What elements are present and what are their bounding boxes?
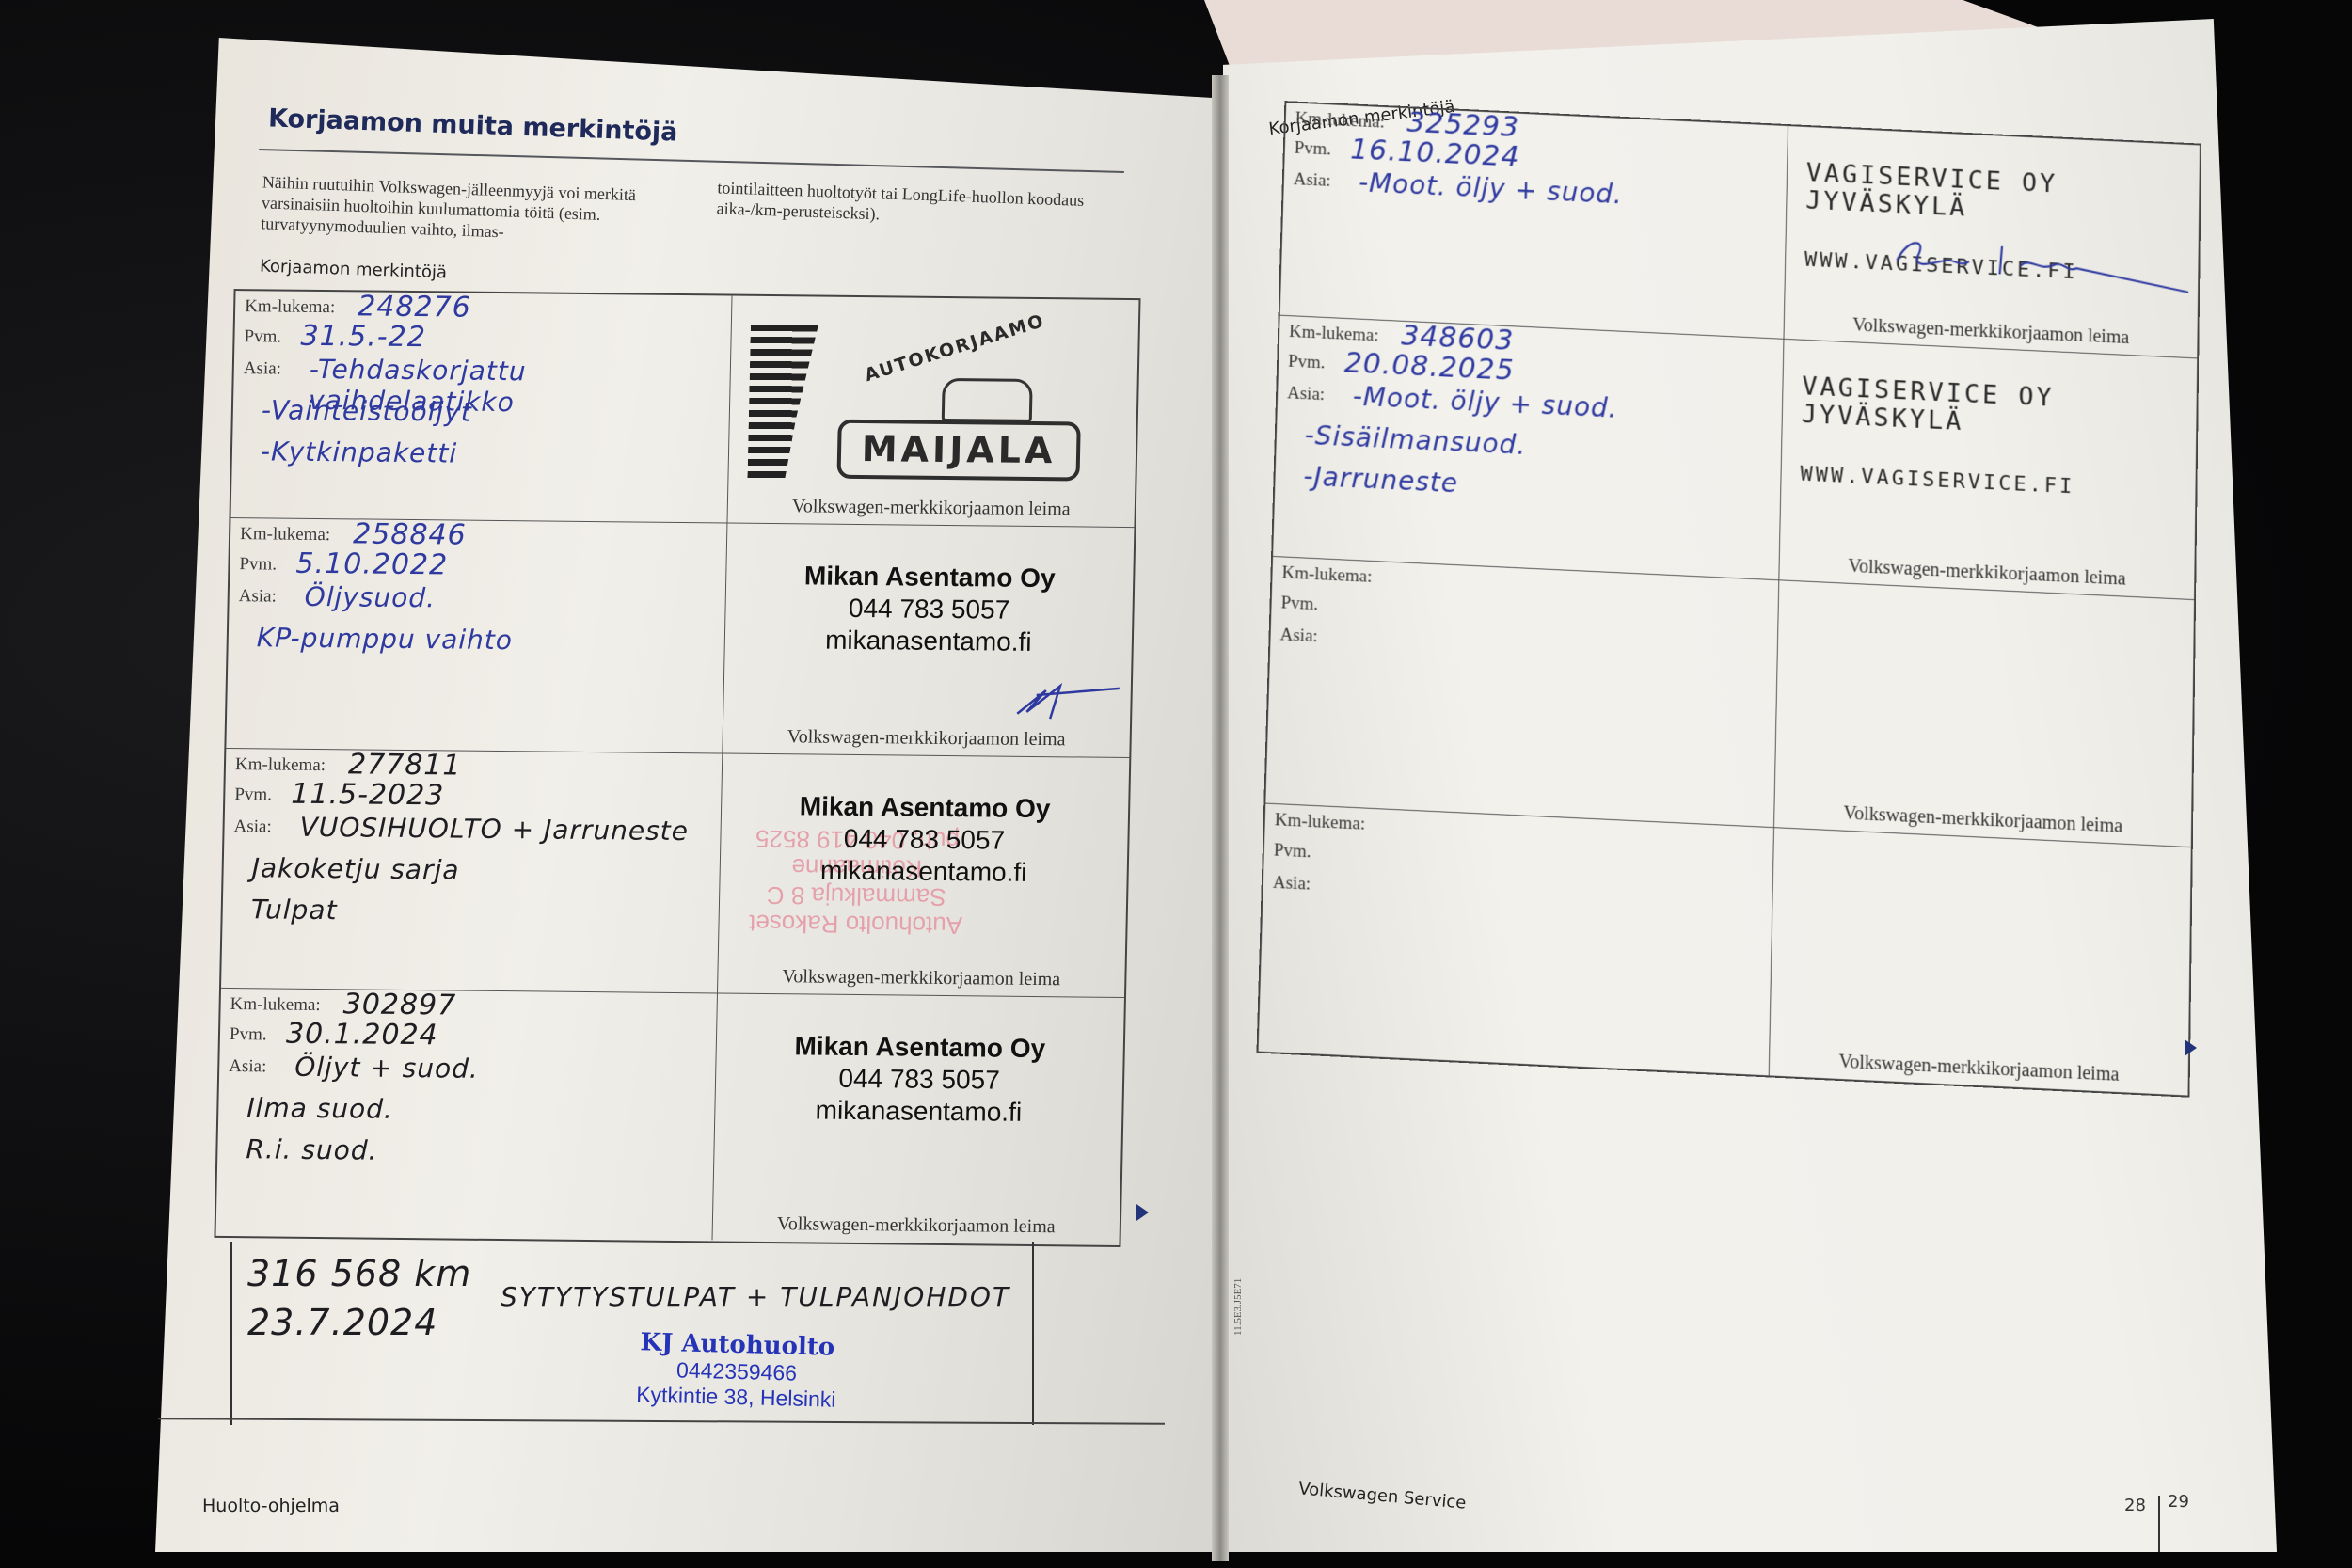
date-field: Pvm.31.5.-22 bbox=[244, 326, 281, 347]
subject-line: Tulpat bbox=[250, 894, 337, 926]
stamp-cell: Autohuolto RakosetSammalkuja 8 CKotimaan… bbox=[718, 754, 1129, 998]
km-label: Km-lukema: bbox=[240, 524, 330, 546]
mikan-asentamo-stamp: Mikan Asentamo Oy044 783 5057mikanasenta… bbox=[725, 560, 1134, 660]
date-field: Pvm.16.10.2024 bbox=[1294, 138, 1331, 160]
subject-field: Asia: bbox=[244, 358, 282, 379]
stamp-website: mikanasentamo.fi bbox=[720, 853, 1127, 890]
km-field: Km-lukema: bbox=[1281, 562, 1373, 587]
page-number-right: 29 bbox=[2168, 1492, 2189, 1512]
stamp-caption: Volkswagen-merkkikorjaamon leima bbox=[723, 726, 1129, 752]
km-field: Km-lukema:258846 bbox=[240, 524, 330, 546]
kj-stamp-address: Kytkintie 38, Helsinki bbox=[636, 1382, 836, 1413]
date-field: Pvm. bbox=[1280, 593, 1318, 615]
page-number-divider bbox=[2158, 1496, 2160, 1552]
stamp-cell: Mikan Asentamo Oy044 783 5057mikanasenta… bbox=[712, 993, 1123, 1243]
entry-details-cell: Km-lukema:325293Pvm.16.10.2024Asia:-Moot… bbox=[1280, 103, 1788, 340]
kj-stamp-name: KJ Autohuolto bbox=[637, 1328, 837, 1362]
km-field: Km-lukema:325293 bbox=[1295, 109, 1385, 134]
date-field: Pvm.5.10.2022 bbox=[239, 554, 277, 575]
stamp-cell: AUTOKORJAAMOMAIJALAVolkswagen-merkkikorj… bbox=[727, 296, 1138, 528]
subject-label: Asia: bbox=[239, 586, 278, 607]
subject-line: -Moot. öljy + suod. bbox=[1352, 381, 1618, 424]
stamp-cell: VAGISERVICE OYJYVÄSKYLÄWWW.VAGISERVICE.F… bbox=[1779, 340, 2197, 600]
subject-line: Öljyt + suod. bbox=[294, 1052, 479, 1085]
subject-field: Asia: bbox=[1287, 383, 1326, 405]
date-field: Pvm.20.08.2025 bbox=[1288, 352, 1326, 374]
continue-arrow-icon bbox=[1136, 1204, 1149, 1221]
faded-stamp-line: Autohuolto Rakoset bbox=[738, 910, 974, 941]
stamp-phone: 044 783 5057 bbox=[725, 592, 1133, 628]
service-entries-left: Km-lukema:248276Pvm.31.5.-22Asia:-Tehdas… bbox=[214, 289, 1140, 1247]
stamp-cell: VAGISERVICE OYJYVÄSKYLÄWWW.VAGISERVICE.F… bbox=[1784, 126, 2200, 358]
subject-line: Ilma suod. bbox=[246, 1092, 393, 1125]
subject-line: VUOSIHUOLTO + Jarruneste bbox=[299, 812, 689, 847]
subject-line: Jakoketju sarja bbox=[251, 852, 459, 885]
stamp-bars bbox=[747, 325, 818, 481]
entry-details-cell: Km-lukema:258846Pvm.5.10.2022Asia:Öljysu… bbox=[226, 518, 727, 753]
stamp-website: mikanasentamo.fi bbox=[725, 624, 1133, 660]
km-label: Km-lukema: bbox=[1289, 322, 1379, 346]
date-label: Pvm. bbox=[1288, 352, 1326, 374]
extra-entry-box: 316 568 km 23.7.2024 SYTYTYSTULPAT + TUL… bbox=[230, 1242, 1034, 1425]
subject-label: Asia: bbox=[1273, 873, 1311, 895]
subject-line: -Kytkinpaketti bbox=[261, 436, 458, 468]
stamp-website: mikanasentamo.fi bbox=[715, 1093, 1122, 1130]
signature bbox=[1889, 231, 2199, 307]
date-label: Pvm. bbox=[230, 1024, 267, 1045]
date-value: 31.5.-22 bbox=[300, 320, 426, 354]
km-label: Km-lukema: bbox=[245, 296, 335, 318]
subject-label: Asia: bbox=[1287, 383, 1326, 405]
km-field: Km-lukema:277811 bbox=[235, 754, 326, 776]
subject-field: Asia: bbox=[1273, 873, 1311, 895]
entry-details-cell: Km-lukema:277811Pvm.11.5-2023Asia:VUOSIH… bbox=[221, 749, 723, 993]
km-field: Km-lukema:348603 bbox=[1289, 322, 1379, 346]
maijala-stamp: AUTOKORJAAMOMAIJALA bbox=[747, 325, 1099, 488]
km-label: Km-lukema: bbox=[230, 994, 320, 1016]
entry-details-cell: Km-lukema:Pvm.Asia: bbox=[1265, 557, 1779, 828]
km-field: Km-lukema: bbox=[1275, 810, 1366, 835]
continue-arrow-icon bbox=[2185, 1039, 2197, 1056]
mikan-asentamo-stamp: Mikan Asentamo Oy044 783 5057mikanasenta… bbox=[720, 789, 1128, 890]
subject-label: Asia: bbox=[229, 1056, 267, 1077]
page-number-left: 28 bbox=[2124, 1496, 2146, 1515]
subject-line: -Jarruneste bbox=[1303, 461, 1458, 499]
mikan-asentamo-stamp: Mikan Asentamo Oy044 783 5057mikanasenta… bbox=[715, 1029, 1123, 1130]
subject-field: Asia: bbox=[1279, 625, 1318, 647]
date-label: Pvm. bbox=[244, 326, 281, 347]
service-entries-right: Km-lukema:325293Pvm.16.10.2024Asia:-Moot… bbox=[1256, 101, 2201, 1098]
subject-line: KP-pumppu vaihto bbox=[256, 622, 513, 656]
date-label: Pvm. bbox=[1280, 593, 1318, 615]
kj-autohuolto-stamp: KJ Autohuolto 0442359466 Kytkintie 38, H… bbox=[636, 1328, 837, 1413]
print-code: 11.5E3.J5E71 bbox=[1232, 1278, 1244, 1336]
km-label: Km-lukema: bbox=[1275, 810, 1366, 835]
stamp-name: Mikan Asentamo Oy bbox=[722, 789, 1129, 826]
km-label: Km-lukema: bbox=[1281, 562, 1373, 587]
date-label: Pvm. bbox=[1294, 138, 1331, 160]
date-label: Pvm. bbox=[1274, 840, 1311, 863]
date-label: Pvm. bbox=[234, 784, 272, 805]
date-field: Pvm.30.1.2024 bbox=[230, 1024, 267, 1045]
stamp-caption: Volkswagen-merkkikorjaamon leima bbox=[713, 1212, 1120, 1239]
stamp-cell: Mikan Asentamo Oy044 783 5057mikanasenta… bbox=[723, 524, 1134, 758]
subject-line: -Moot. öljy + suod. bbox=[1359, 167, 1623, 211]
km-field: Km-lukema:302897 bbox=[230, 994, 320, 1016]
extra-entry-date: 23.7.2024 bbox=[247, 1302, 437, 1343]
subject-line: -Sisäilmansuod. bbox=[1304, 420, 1526, 461]
date-value: 30.1.2024 bbox=[286, 1018, 438, 1053]
extra-entry-km: 316 568 km bbox=[247, 1253, 471, 1294]
subject-label: Asia: bbox=[1294, 169, 1331, 192]
km-label: Km-lukema: bbox=[1295, 109, 1385, 134]
vagiservice-stamp: VAGISERVICE OYJYVÄSKYLÄWWW.VAGISERVICE.F… bbox=[1800, 372, 2076, 501]
subject-label: Asia: bbox=[244, 358, 282, 379]
km-value: 248276 bbox=[358, 290, 471, 324]
km-field: Km-lukema:248276 bbox=[245, 296, 335, 318]
footer-left-title: Huolto-ohjelma bbox=[202, 1496, 340, 1516]
stamp-arc-text: AUTOKORJAAMO bbox=[862, 310, 1047, 386]
entry-details-cell: Km-lukema:348603Pvm.20.08.2025Asia:-Moot… bbox=[1273, 316, 1784, 581]
entry-details-cell: Km-lukema:302897Pvm.30.1.2024Asia:Öljyt … bbox=[216, 989, 718, 1240]
extra-entry-work: SYTYTYSTULPAT + TULPANJOHDOT bbox=[501, 1281, 1010, 1312]
subject-line: R.i. suod. bbox=[246, 1133, 378, 1165]
km-value: 302897 bbox=[342, 988, 456, 1022]
stamp-name: MAIJALA bbox=[836, 420, 1080, 482]
date-value: 11.5-2023 bbox=[291, 778, 445, 813]
stamp-website: WWW.VAGISERVICE.FI bbox=[1800, 461, 2074, 502]
subject-label: Asia: bbox=[233, 816, 272, 837]
signature bbox=[1008, 676, 1121, 729]
book-spine bbox=[1212, 75, 1229, 1561]
subject-field: Asia: bbox=[233, 816, 272, 837]
subject-field: Asia: bbox=[239, 586, 278, 607]
subject-field: Asia: bbox=[229, 1056, 267, 1077]
date-label: Pvm. bbox=[239, 554, 277, 575]
stamp-caption: Volkswagen-merkkikorjaamon leima bbox=[728, 496, 1135, 522]
stamp-caption: Volkswagen-merkkikorjaamon leima bbox=[718, 965, 1124, 991]
stamp-name: Mikan Asentamo Oy bbox=[726, 560, 1134, 596]
date-field: Pvm. bbox=[1274, 840, 1311, 863]
stamp-phone: 044 783 5057 bbox=[721, 821, 1128, 858]
date-value: 5.10.2022 bbox=[295, 547, 448, 582]
km-value: 277811 bbox=[348, 748, 462, 782]
km-label: Km-lukema: bbox=[235, 754, 326, 776]
date-field: Pvm.11.5-2023 bbox=[234, 784, 272, 805]
entry-details-cell: Km-lukema:248276Pvm.31.5.-22Asia:-Tehdas… bbox=[230, 291, 732, 523]
stamp-cell: Volkswagen-merkkikorjaamon leima bbox=[1770, 828, 2191, 1095]
stamp-phone: 044 783 5057 bbox=[716, 1061, 1123, 1098]
car-icon bbox=[942, 378, 1033, 422]
subject-line: Öljysuod. bbox=[304, 581, 436, 613]
entry-details-cell: Km-lukema:Pvm.Asia: bbox=[1259, 804, 1774, 1076]
stamp-name: Mikan Asentamo Oy bbox=[716, 1029, 1123, 1066]
km-value: 258846 bbox=[353, 517, 467, 551]
stamp-cell: Volkswagen-merkkikorjaamon leima bbox=[1774, 580, 2194, 847]
subject-label: Asia: bbox=[1279, 625, 1318, 647]
subject-field: Asia: bbox=[1294, 169, 1331, 192]
subject-line: -Vaihteistoöljyt bbox=[262, 394, 473, 427]
